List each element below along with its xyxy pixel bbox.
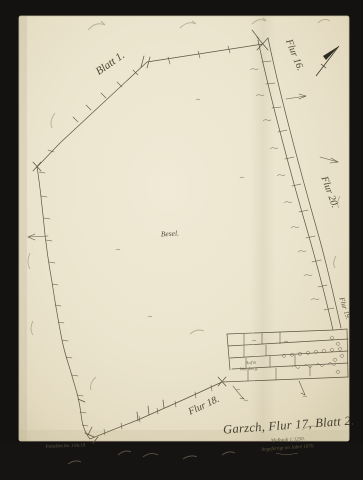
label-weinberg-line1: Auf'm <box>244 360 257 366</box>
label-weinberg-line2: Weinberg. <box>240 366 259 372</box>
label-field-name: Besel. <box>161 229 180 239</box>
scanned-map-page: Blatt 1. Flur 16. Flur 20. Flur 19. Bese… <box>0 0 363 480</box>
paper-sheet <box>19 16 349 441</box>
map-canvas: Blatt 1. Flur 16. Flur 20. Flur 19. Bese… <box>0 0 363 480</box>
